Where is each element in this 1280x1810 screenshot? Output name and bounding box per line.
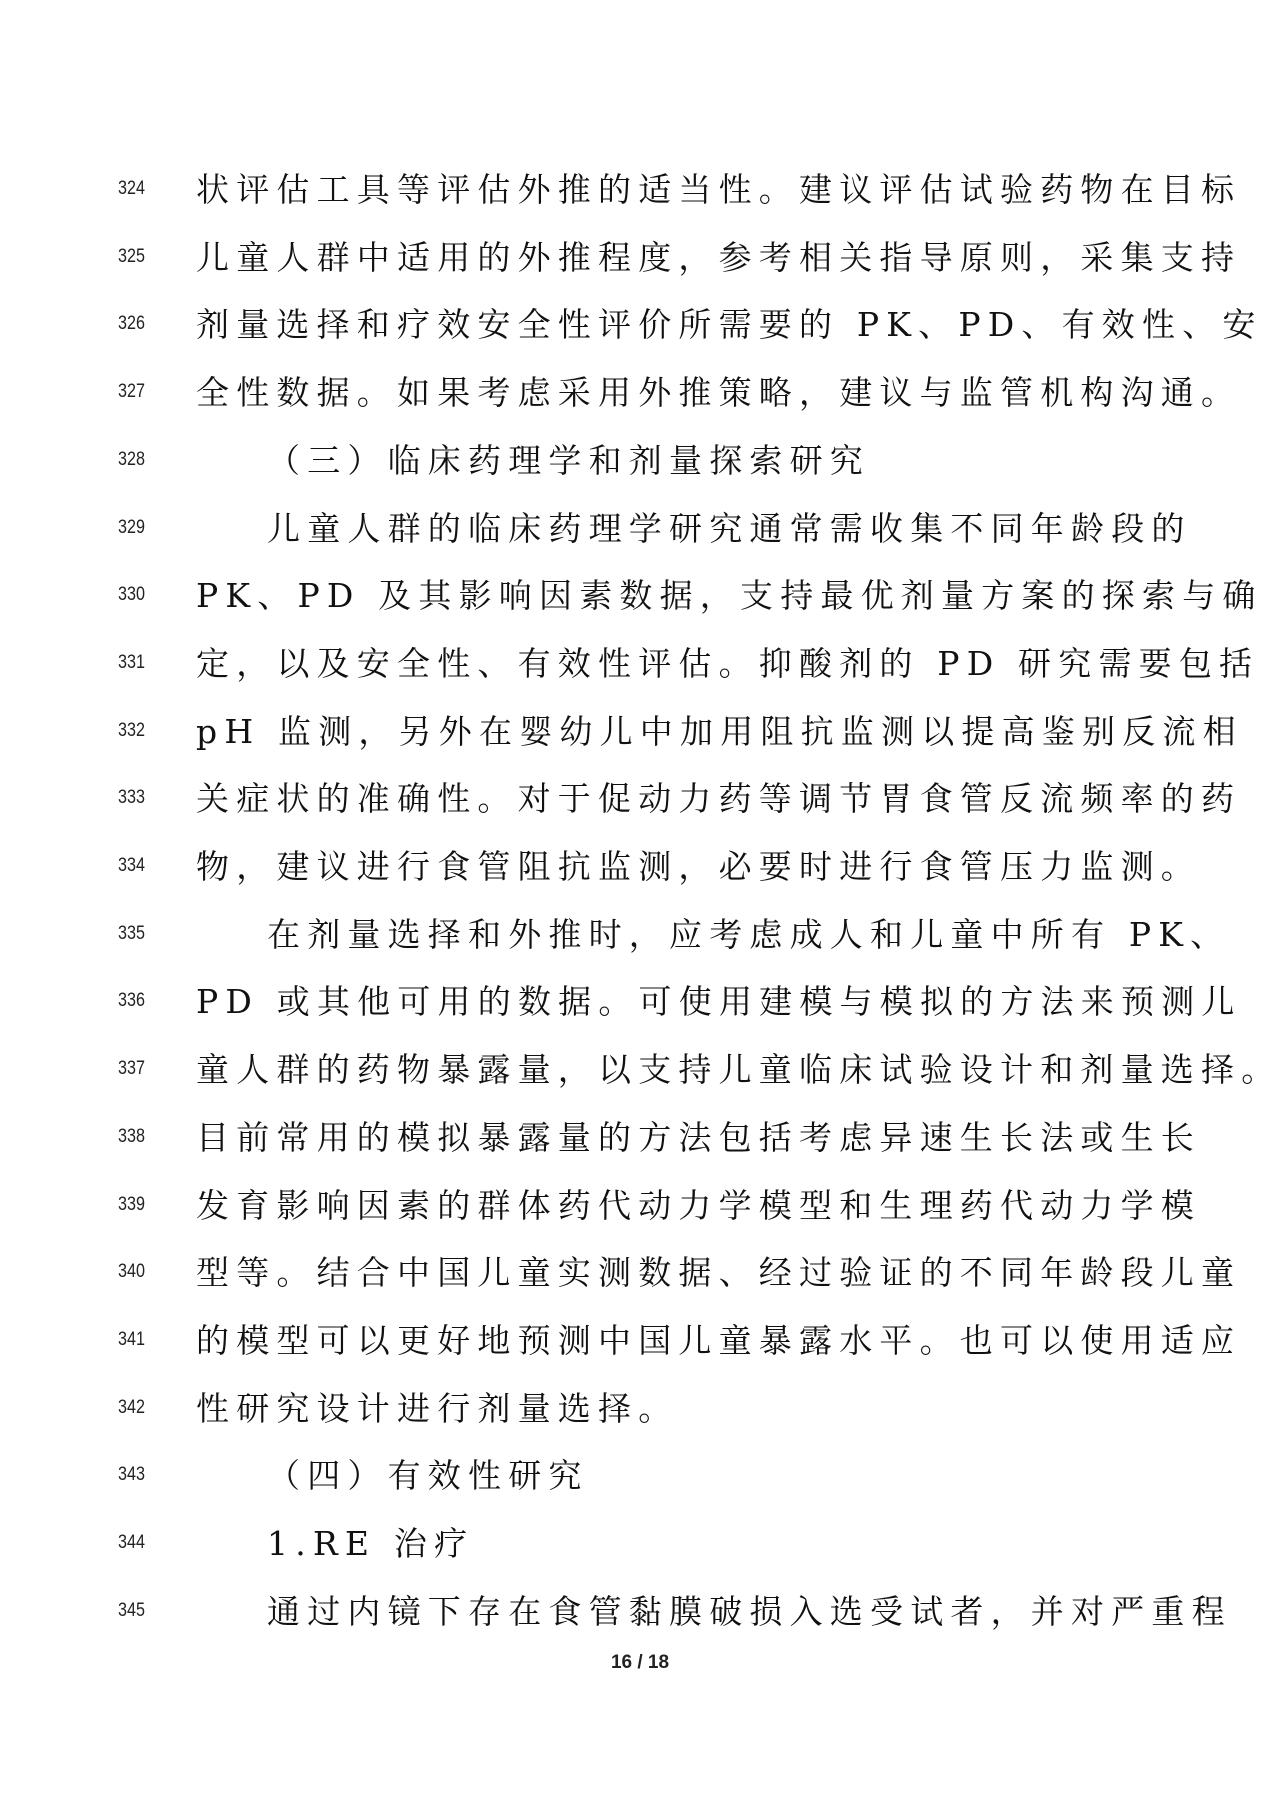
line-number: 339	[118, 1194, 152, 1216]
line-text: 关症状的准确性。对于促动力药等调节胃食管反流频率的药	[196, 777, 1096, 821]
line-text: 定，以及安全性、有效性评估。抑酸剂的 PD 研究需要包括	[196, 642, 1096, 686]
document-line: 341的模型可以更好地预测中国儿童暴露水平。也可以使用适应	[0, 1311, 1280, 1379]
line-number: 328	[118, 449, 152, 471]
line-text: （四）有效性研究	[267, 1454, 1167, 1498]
line-number: 327	[118, 381, 152, 403]
line-text: 通过内镜下存在食管黏膜破损入选受试者，并对严重程	[267, 1590, 1167, 1634]
line-text: 童人群的药物暴露量，以支持儿童临床试验设计和剂量选择。	[196, 1048, 1096, 1092]
document-line: 342性研究设计进行剂量选择。	[0, 1379, 1280, 1447]
line-number: 334	[118, 855, 152, 877]
document-line: 335在剂量选择和外推时，应考虑成人和儿童中所有 PK、	[0, 905, 1280, 973]
line-text: 1.RE 治疗	[267, 1522, 1167, 1566]
document-line: 334物，建议进行食管阻抗监测，必要时进行食管压力监测。	[0, 837, 1280, 905]
line-text: pH 监测，另外在婴幼儿中加用阻抗监测以提高鉴别反流相	[196, 710, 1096, 754]
document-line: 328（三）临床药理学和剂量探索研究	[0, 431, 1280, 499]
line-number: 326	[118, 313, 152, 335]
line-number: 324	[118, 178, 152, 200]
document-line: 345通过内镜下存在食管黏膜破损入选受试者，并对严重程	[0, 1582, 1280, 1650]
document-line: 329儿童人群的临床药理学研究通常需收集不同年龄段的	[0, 499, 1280, 567]
document-page: 324状评估工具等评估外推的适当性。建议评估试验药物在目标325儿童人群中适用的…	[0, 0, 1280, 1810]
line-text: PK、PD 及其影响因素数据，支持最优剂量方案的探索与确	[196, 574, 1096, 618]
line-text: 性研究设计进行剂量选择。	[196, 1387, 1096, 1431]
line-text: 状评估工具等评估外推的适当性。建议评估试验药物在目标	[196, 168, 1096, 212]
document-line: 332pH 监测，另外在婴幼儿中加用阻抗监测以提高鉴别反流相	[0, 702, 1280, 770]
line-text: PD 或其他可用的数据。可使用建模与模拟的方法来预测儿	[196, 980, 1096, 1024]
document-line: 326剂量选择和疗效安全性评价所需要的 PK、PD、有效性、安	[0, 295, 1280, 363]
document-line: 339发育影响因素的群体药代动力学模型和生理药代动力学模	[0, 1176, 1280, 1244]
document-line: 338目前常用的模拟暴露量的方法包括考虑异速生长法或生长	[0, 1108, 1280, 1176]
document-line: 325儿童人群中适用的外推程度，参考相关指导原则，采集支持	[0, 228, 1280, 296]
line-number: 325	[118, 246, 152, 268]
document-line: 337童人群的药物暴露量，以支持儿童临床试验设计和剂量选择。	[0, 1040, 1280, 1108]
line-text: 全性数据。如果考虑采用外推策略，建议与监管机构沟通。	[196, 371, 1096, 415]
line-number: 344	[118, 1532, 152, 1554]
line-number: 329	[118, 517, 152, 539]
line-number: 336	[118, 990, 152, 1012]
line-text: 儿童人群的临床药理学研究通常需收集不同年龄段的	[267, 507, 1167, 551]
line-number: 330	[118, 584, 152, 606]
line-number: 345	[118, 1600, 152, 1622]
document-line: 327全性数据。如果考虑采用外推策略，建议与监管机构沟通。	[0, 363, 1280, 431]
document-line: 3441.RE 治疗	[0, 1514, 1280, 1582]
document-line: 343（四）有效性研究	[0, 1446, 1280, 1514]
line-number: 331	[118, 652, 152, 674]
document-line: 331定，以及安全性、有效性评估。抑酸剂的 PD 研究需要包括	[0, 634, 1280, 702]
line-text: 目前常用的模拟暴露量的方法包括考虑异速生长法或生长	[196, 1116, 1096, 1160]
line-text: 儿童人群中适用的外推程度，参考相关指导原则，采集支持	[196, 236, 1096, 280]
document-line: 330PK、PD 及其影响因素数据，支持最优剂量方案的探索与确	[0, 566, 1280, 634]
line-text: （三）临床药理学和剂量探索研究	[267, 439, 1167, 483]
line-text: 发育影响因素的群体药代动力学模型和生理药代动力学模	[196, 1184, 1096, 1228]
document-line: 340型等。结合中国儿童实测数据、经过验证的不同年龄段儿童	[0, 1243, 1280, 1311]
line-text: 物，建议进行食管阻抗监测，必要时进行食管压力监测。	[196, 845, 1096, 889]
line-number: 341	[118, 1329, 152, 1351]
line-text: 的模型可以更好地预测中国儿童暴露水平。也可以使用适应	[196, 1319, 1096, 1363]
document-line: 324状评估工具等评估外推的适当性。建议评估试验药物在目标	[0, 160, 1280, 228]
line-text: 剂量选择和疗效安全性评价所需要的 PK、PD、有效性、安	[196, 303, 1096, 347]
line-number: 340	[118, 1261, 152, 1283]
line-text: 型等。结合中国儿童实测数据、经过验证的不同年龄段儿童	[196, 1251, 1096, 1295]
line-number: 343	[118, 1464, 152, 1486]
line-number: 337	[118, 1058, 152, 1080]
line-number: 342	[118, 1397, 152, 1419]
line-text: 在剂量选择和外推时，应考虑成人和儿童中所有 PK、	[267, 913, 1167, 957]
line-number: 338	[118, 1126, 152, 1148]
document-line: 336PD 或其他可用的数据。可使用建模与模拟的方法来预测儿	[0, 972, 1280, 1040]
line-number: 332	[118, 720, 152, 742]
page-number: 16 / 18	[0, 1652, 1280, 1674]
document-line: 333关症状的准确性。对于促动力药等调节胃食管反流频率的药	[0, 769, 1280, 837]
line-number: 333	[118, 787, 152, 809]
line-number: 335	[118, 923, 152, 945]
